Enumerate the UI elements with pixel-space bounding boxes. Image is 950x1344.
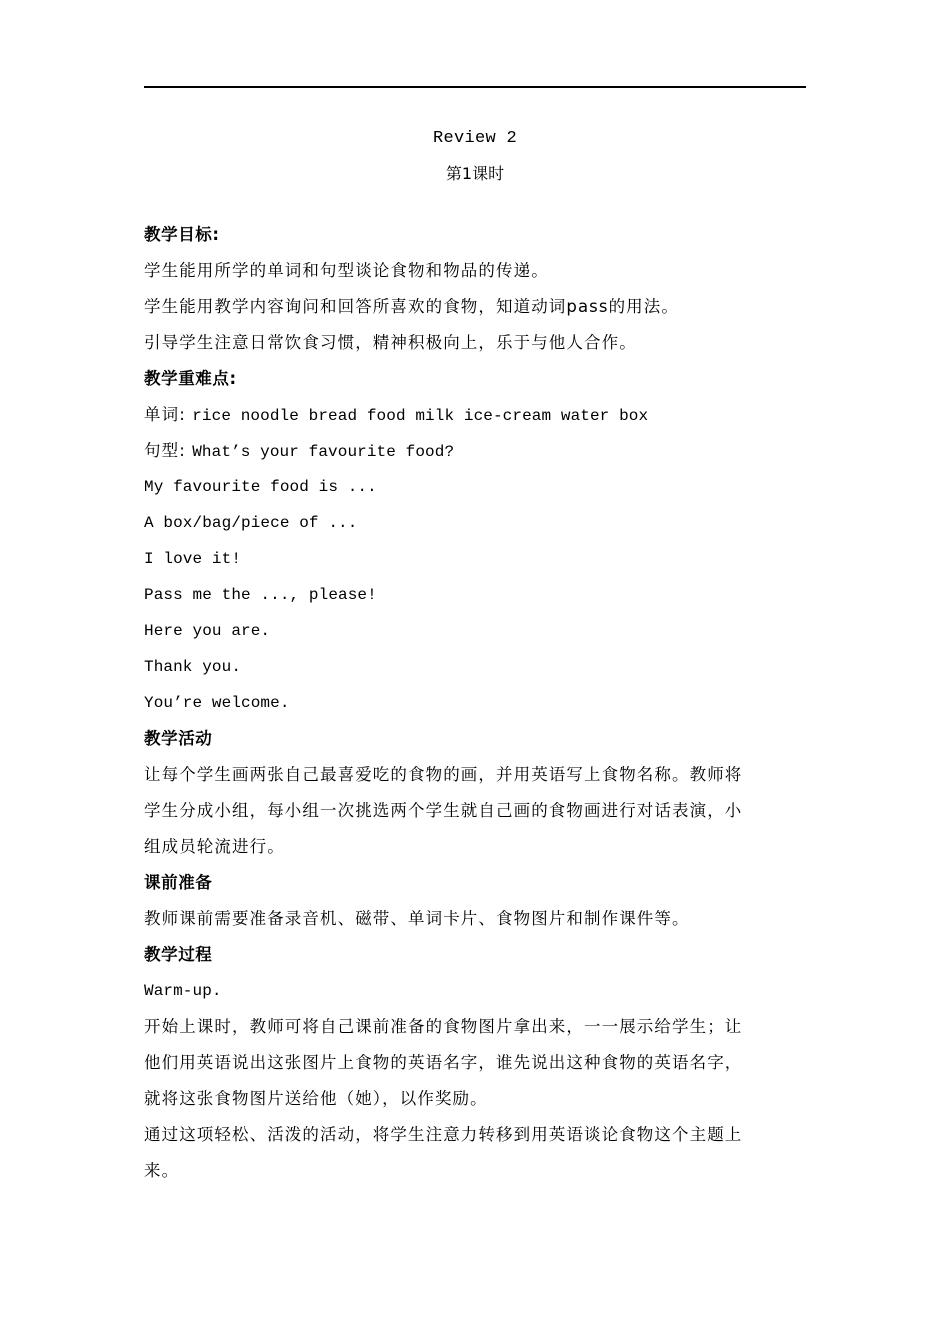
process-text-line: 就将这张食物图片送给他（她），以作奖励。	[144, 1087, 806, 1123]
process-text-line: 他们用英语说出这张图片上食物的英语名字，谁先说出这种食物的英语名字，	[144, 1051, 806, 1087]
sentence-pattern-label: 句型:	[144, 441, 186, 460]
document-page: Review 2 第1课时 教学目标: 学生能用所学的单词和句型谈论食物和物品的…	[0, 0, 950, 1344]
sentence-pattern: I love it!	[144, 547, 806, 583]
sentence-pattern: What’s your favourite food?	[192, 443, 454, 461]
objective-item: 引导学生注意日常饮食习惯，精神积极向上，乐于与他人合作。	[144, 331, 806, 367]
process-text-line: 来。	[144, 1159, 806, 1195]
sentence-pattern: You’re welcome.	[144, 691, 806, 727]
document-title: Review 2	[0, 128, 950, 150]
section-heading-objectives: 教学目标:	[144, 223, 806, 259]
activities-text-line: 学生分成小组，每小组一次挑选两个学生就自己画的食物画进行对话表演，小	[144, 799, 806, 835]
process-text-line: 开始上课时，教师可将自己课前准备的食物图片拿出来，一一展示给学生；让	[144, 1015, 806, 1051]
preparation-text: 教师课前需要准备录音机、磁带、单词卡片、食物图片和制作课件等。	[144, 907, 806, 943]
vocabulary-line: 单词: rice noodle bread food milk ice-crea…	[144, 403, 806, 439]
document-body: 教学目标: 学生能用所学的单词和句型谈论食物和物品的传递。 学生能用教学内容询问…	[144, 223, 806, 1195]
sentence-pattern: My favourite food is ...	[144, 475, 806, 511]
section-heading-preparation: 课前准备	[144, 871, 806, 907]
activities-text-line: 组成员轮流进行。	[144, 835, 806, 871]
sentence-pattern: Pass me the ..., please!	[144, 583, 806, 619]
objective-item: 学生能用所学的单词和句型谈论食物和物品的传递。	[144, 259, 806, 295]
header-rule	[144, 86, 806, 88]
vocabulary-label: 单词:	[144, 405, 186, 424]
sentence-pattern: Thank you.	[144, 655, 806, 691]
lesson-number: 第1课时	[0, 163, 950, 185]
activities-text-line: 让每个学生画两张自己最喜爱吃的食物的画，并用英语写上食物名称。教师将	[144, 763, 806, 799]
process-text-line: 通过这项轻松、活泼的活动，将学生注意力转移到用英语谈论食物这个主题上	[144, 1123, 806, 1159]
section-heading-process: 教学过程	[144, 943, 806, 979]
sentence-pattern-line: 句型: What’s your favourite food?	[144, 439, 806, 475]
sentence-pattern: Here you are.	[144, 619, 806, 655]
sentence-pattern: A box/bag/piece of ...	[144, 511, 806, 547]
section-heading-key-points: 教学重难点:	[144, 367, 806, 403]
objective-item: 学生能用教学内容询问和回答所喜欢的食物，知道动词pass的用法。	[144, 295, 806, 331]
vocabulary-words: rice noodle bread food milk ice-cream wa…	[192, 407, 648, 425]
process-step-warmup: Warm-up.	[144, 979, 806, 1015]
section-heading-activities: 教学活动	[144, 727, 806, 763]
